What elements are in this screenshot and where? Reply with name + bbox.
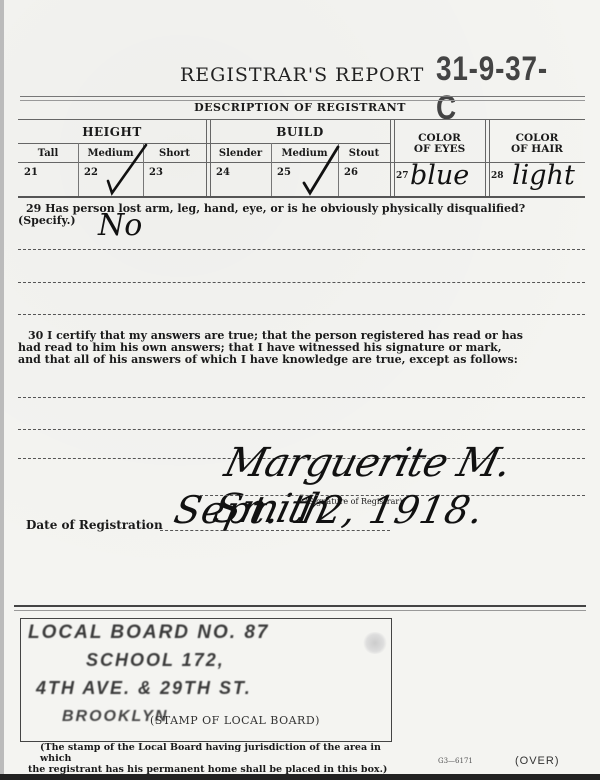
date-of-registration-value: Sept. 12, 1918. bbox=[170, 488, 488, 532]
checkmark-height-medium-icon bbox=[102, 141, 152, 197]
exception-line bbox=[18, 429, 585, 430]
stamp-line-1: LOCAL BOARD NO. 87 bbox=[28, 622, 270, 644]
exception-line bbox=[18, 397, 585, 398]
report-title: REGISTRAR'S REPORT bbox=[180, 64, 424, 86]
checkmark-build-medium-icon bbox=[298, 141, 348, 197]
question-29-answer: No bbox=[98, 208, 142, 243]
answer-line bbox=[18, 314, 585, 315]
hair-color-header: COLOR OF HAIR bbox=[489, 133, 585, 155]
stamp-section-rule bbox=[14, 605, 586, 611]
stamp-line-3: 4TH AVE. & 29TH ST. bbox=[36, 678, 252, 699]
registrar-report-page: REGISTRAR'S REPORT 31-9-37-C DESCRIPTION… bbox=[0, 0, 600, 780]
hair-color-value: light bbox=[512, 160, 575, 191]
stamp-instructions: (The stamp of the Local Board having jur… bbox=[28, 742, 398, 775]
date-of-registration-label: Date of Registration bbox=[26, 518, 163, 532]
question-30-line3: and that all of his answers of which I h… bbox=[18, 354, 518, 366]
bottom-edge bbox=[0, 774, 600, 780]
field-number-27: 27 bbox=[396, 171, 409, 181]
eye-color-header: COLOR OF EYES bbox=[394, 133, 485, 155]
over-indicator: (OVER) bbox=[515, 755, 560, 767]
field-number-21: 21 bbox=[24, 167, 38, 178]
smudge-mark bbox=[362, 632, 388, 654]
height-tall-label: Tall bbox=[18, 148, 78, 159]
stamp-caption: (STAMP OF LOCAL BOARD) bbox=[150, 714, 320, 727]
section-title: DESCRIPTION OF REGISTRANT bbox=[0, 101, 600, 114]
form-number: G3—6171 bbox=[438, 757, 473, 765]
header: REGISTRAR'S REPORT 31-9-37-C bbox=[180, 58, 590, 98]
field-number-22: 22 bbox=[84, 167, 98, 178]
page-edge bbox=[0, 0, 4, 780]
field-number-25: 25 bbox=[277, 167, 291, 178]
build-header: BUILD bbox=[210, 125, 390, 139]
field-number-24: 24 bbox=[216, 167, 230, 178]
serial-number: 31-9-37-C bbox=[436, 50, 562, 128]
field-number-28: 28 bbox=[491, 171, 504, 181]
height-short-label: Short bbox=[143, 148, 206, 159]
height-header: HEIGHT bbox=[18, 125, 206, 139]
build-slender-label: Slender bbox=[210, 148, 271, 159]
description-table: HEIGHT BUILD Tall Medium Short Slender M… bbox=[18, 119, 585, 197]
stamp-line-2: SCHOOL 172, bbox=[86, 650, 225, 671]
answer-line bbox=[18, 282, 585, 283]
eye-color-value: blue bbox=[410, 160, 469, 191]
answer-line bbox=[18, 249, 585, 250]
question-29-specify: (Specify.) bbox=[18, 215, 76, 227]
date-line bbox=[160, 530, 390, 531]
